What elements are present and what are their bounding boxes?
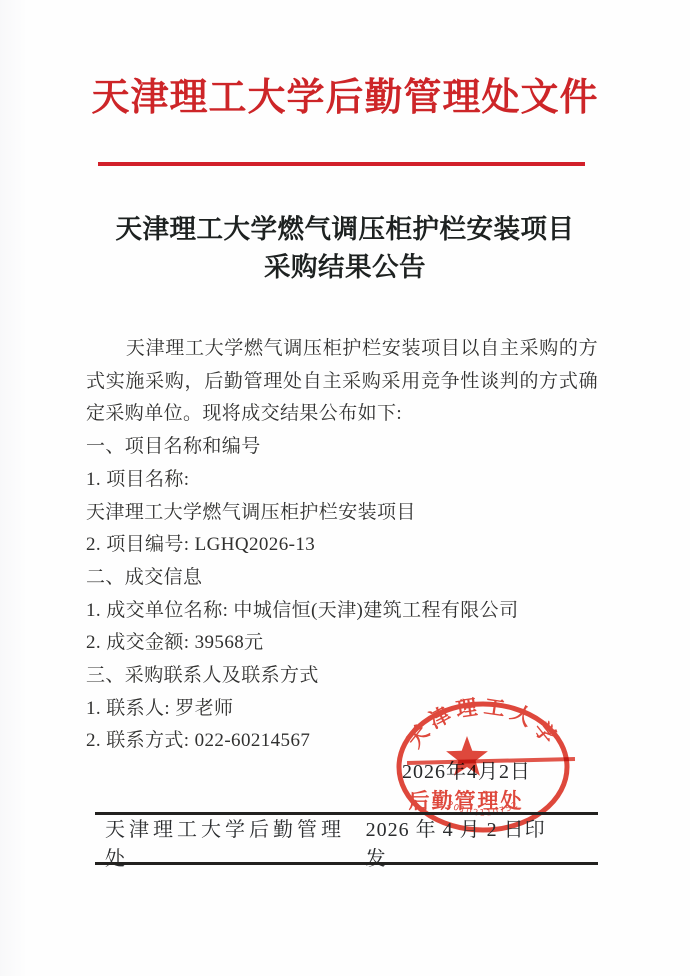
item-project-name-value: 天津理工大学燃气调压柜护栏安装项目 [86,497,598,530]
section-heading-2: 二、成交信息 [86,562,598,595]
letterhead-title: 天津理工大学后勤管理处文件 [0,74,690,122]
item-project-name-label: 1. 项目名称: [86,464,598,497]
document-page: 天津理工大学后勤管理处文件 天津理工大学燃气调压柜护栏安装项目 采购结果公告 天… [0,0,690,976]
section-heading-3: 三、采购联系人及联系方式 [86,660,598,693]
document-title-line2: 采购结果公告 [45,248,645,286]
footer-divider-bottom [95,862,598,865]
seal-star-icon [446,736,488,776]
intro-paragraph: 天津理工大学燃气调压柜护栏安装项目以自主采购的方式实施采购，后勤管理处自主采购采… [86,333,598,431]
document-title: 天津理工大学燃气调压柜护栏安装项目 采购结果公告 [45,210,645,286]
item-winning-amount: 2. 成交金额: 39568元 [86,627,598,660]
section-heading-1: 一、项目名称和编号 [86,431,598,464]
item-winning-supplier: 1. 成交单位名称: 中城信恒(天津)建筑工程有限公司 [86,595,598,628]
item-project-number: 2. 项目编号: LGHQ2026-13 [86,529,598,562]
document-title-line1: 天津理工大学燃气调压柜护栏安装项目 [45,210,645,248]
letterhead-divider [98,162,585,166]
footer-row: 天津理工大学后勤管理处 2026 年 4 月 2 日印发 [95,827,598,857]
